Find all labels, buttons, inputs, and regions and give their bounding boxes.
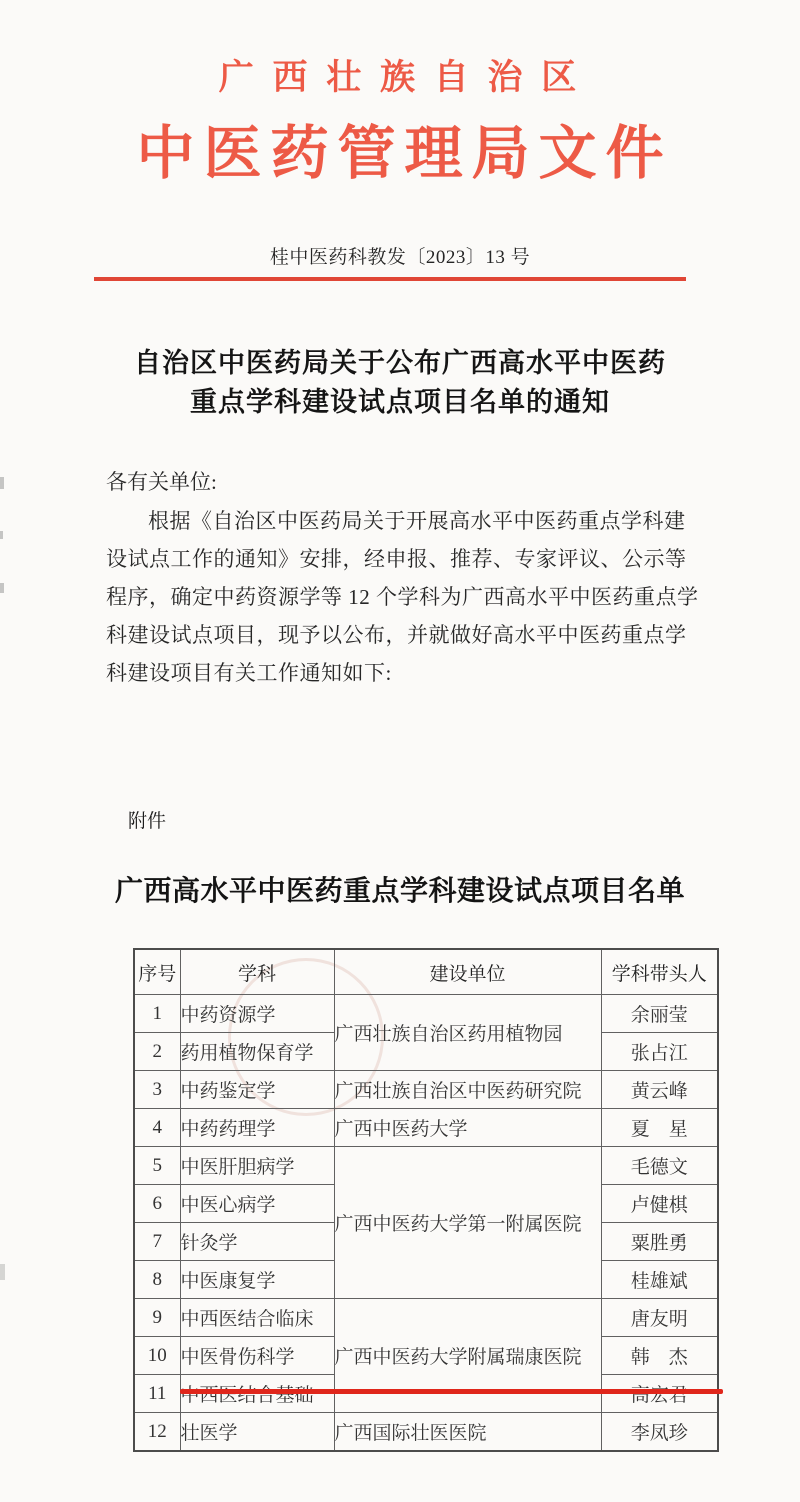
cell-leader: 唐友明 [601,1299,718,1337]
cell-subject: 针灸学 [180,1223,334,1261]
cell-unit: 广西中医药大学第一附属医院 [334,1147,601,1299]
cell-unit: 广西国际壮医医院 [334,1413,601,1452]
cell-leader: 张占江 [601,1033,718,1071]
project-list-table: 序号 学科 建设单位 学科带头人 1 中药资源学 广西壮族自治区药用植物园 余丽… [133,948,719,1452]
cell-subject: 中西医结合临床 [180,1299,334,1337]
row-11-red-underline [180,1389,723,1394]
scan-artifact [0,477,4,489]
cell-leader: 韩 杰 [601,1337,718,1375]
table-row: 1 中药资源学 广西壮族自治区药用植物园 余丽莹 [134,995,718,1033]
cell-no: 3 [134,1071,180,1109]
table-row: 9 中西医结合临床 广西中医药大学附属瑞康医院 唐友明 [134,1299,718,1337]
paragraph-line: 根据《自治区中医药局关于开展高水平中医药重点学科建 [106,502,698,540]
scan-artifact [0,531,3,539]
scan-artifact [0,583,4,593]
cell-subject: 中医心病学 [180,1185,334,1223]
document-title-line2: 重点学科建设试点项目名单的通知 [0,383,800,422]
cell-unit: 广西中医药大学 [334,1109,601,1147]
paragraph-line: 科建设试点项目，现予以公布，并就做好高水平中医药重点学 [106,616,698,654]
col-header-unit: 建设单位 [334,949,601,995]
cell-leader: 李凤珍 [601,1413,718,1452]
cell-no: 5 [134,1147,180,1185]
document-number: 桂中医药科教发〔2023〕13 号 [0,242,800,269]
cell-unit: 广西中医药大学附属瑞康医院 [334,1299,601,1413]
paragraph-line: 设试点工作的通知》安排，经申报、推荐、专家评议、公示等 [106,540,698,578]
cell-no: 8 [134,1261,180,1299]
cell-no: 4 [134,1109,180,1147]
table-row: 4 中药药理学 广西中医药大学 夏 星 [134,1109,718,1147]
cell-subject: 壮医学 [180,1413,334,1452]
document-title-line1: 自治区中医药局关于公布广西高水平中医药 [0,344,800,383]
cell-leader: 桂雄斌 [601,1261,718,1299]
cell-leader: 粟胜勇 [601,1223,718,1261]
scan-artifact [0,1264,5,1280]
cell-leader: 夏 星 [601,1109,718,1147]
col-header-leader: 学科带头人 [601,949,718,995]
red-divider-rule [94,277,686,281]
table-row: 3 中药鉴定学 广西壮族自治区中医药研究院 黄云峰 [134,1071,718,1109]
paragraph-line: 科建设项目有关工作通知如下: [106,654,698,692]
cell-no: 11 [134,1375,180,1413]
cell-leader: 余丽莹 [601,995,718,1033]
col-header-no: 序号 [134,949,180,995]
document-title: 自治区中医药局关于公布广西高水平中医药 重点学科建设试点项目名单的通知 [0,344,800,422]
cell-subject: 中药药理学 [180,1109,334,1147]
cell-subject: 中药鉴定学 [180,1071,334,1109]
salutation: 各有关单位: [106,466,217,496]
cell-no: 9 [134,1299,180,1337]
attachment-title: 广西高水平中医药重点学科建设试点项目名单 [0,869,800,909]
cell-no: 2 [134,1033,180,1071]
cell-no: 12 [134,1413,180,1452]
cell-no: 6 [134,1185,180,1223]
issuing-org-line2: 中医药管理局文件 [0,106,800,190]
body-paragraph: 根据《自治区中医药局关于开展高水平中医药重点学科建 设试点工作的通知》安排，经申… [106,502,698,692]
cell-subject: 中医肝胆病学 [180,1147,334,1185]
cell-leader: 卢健棋 [601,1185,718,1223]
issuing-org-line1: 广 西 壮 族 自 治 区 [0,50,800,100]
cell-subject: 中药资源学 [180,995,334,1033]
paragraph-line: 程序，确定中药资源学等 12 个学科为广西高水平中医药重点学 [106,578,698,616]
cell-unit: 广西壮族自治区中医药研究院 [334,1071,601,1109]
cell-leader: 黄云峰 [601,1071,718,1109]
table-row: 5 中医肝胆病学 广西中医药大学第一附属医院 毛德文 [134,1147,718,1185]
cell-no: 10 [134,1337,180,1375]
table-row: 12 壮医学 广西国际壮医医院 李凤珍 [134,1413,718,1452]
cell-subject: 中医康复学 [180,1261,334,1299]
scanned-official-document: 广 西 壮 族 自 治 区 中医药管理局文件 桂中医药科教发〔2023〕13 号… [0,0,800,1502]
cell-no: 7 [134,1223,180,1261]
cell-unit: 广西壮族自治区药用植物园 [334,995,601,1071]
cell-leader: 毛德文 [601,1147,718,1185]
cell-subject: 药用植物保育学 [180,1033,334,1071]
col-header-subject: 学科 [180,949,334,995]
cell-no: 1 [134,995,180,1033]
attachment-label: 附件 [128,806,166,833]
cell-subject: 中医骨伤科学 [180,1337,334,1375]
table-header-row: 序号 学科 建设单位 学科带头人 [134,949,718,995]
